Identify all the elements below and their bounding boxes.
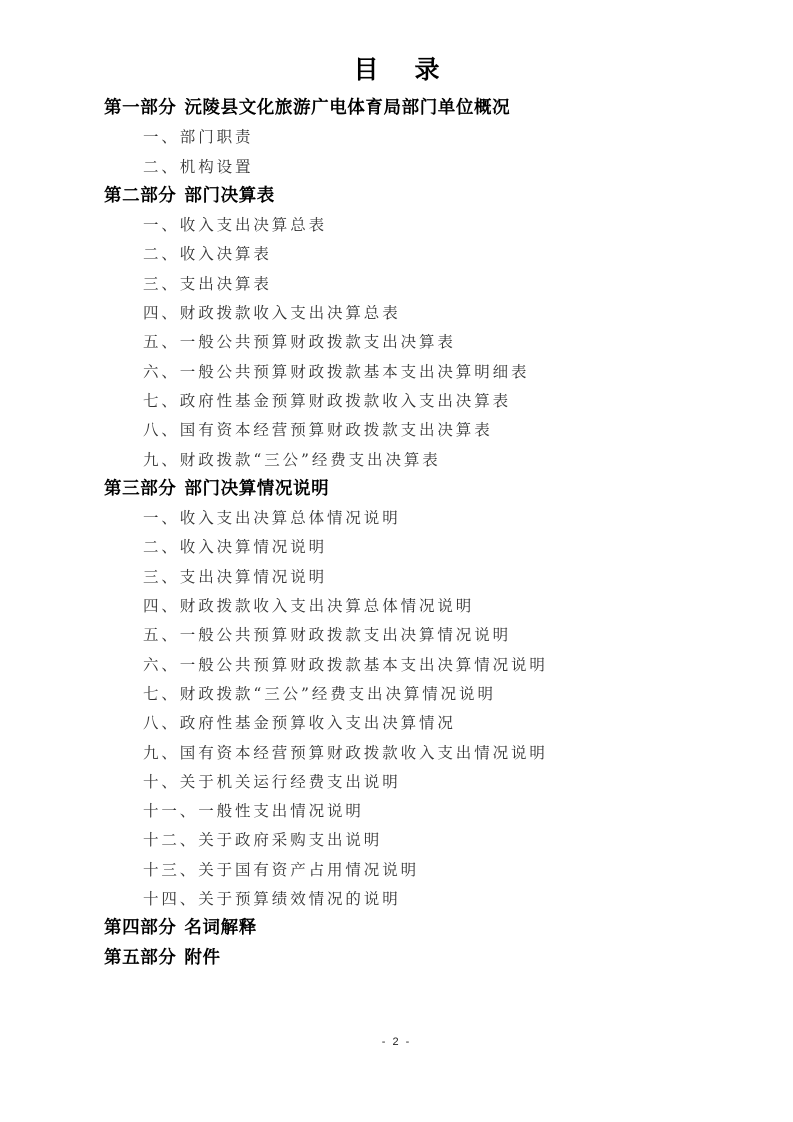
title-char: 录 xyxy=(415,54,440,86)
toc-heading-part-4[interactable]: 第四部分名词解释 xyxy=(104,914,724,943)
toc-heading-part-1[interactable]: 第一部分沅陵县文化旅游广电体育局部门单位概况 xyxy=(104,94,724,123)
toc-item[interactable]: 十二、关于政府采购支出说明 xyxy=(104,826,724,855)
page-number: - 2 - xyxy=(0,1036,793,1048)
part-name: 沅陵县文化旅游广电体育局部门单位概况 xyxy=(184,98,510,118)
toc-item[interactable]: 四、财政拨款收入支出决算总体情况说明 xyxy=(104,592,724,621)
toc-item[interactable]: 八、国有资本经营预算财政拨款支出决算表 xyxy=(104,416,724,445)
toc-item[interactable]: 五、一般公共预算财政拨款支出决算表 xyxy=(104,328,724,357)
toc-item[interactable]: 二、收入决算情况说明 xyxy=(104,533,724,562)
toc-item[interactable]: 九、财政拨款“三公”经费支出决算表 xyxy=(104,446,724,475)
toc-item[interactable]: 四、财政拨款收入支出决算总表 xyxy=(104,299,724,328)
toc-item[interactable]: 十一、一般性支出情况说明 xyxy=(104,797,724,826)
toc-item[interactable]: 十、关于机关运行经费支出说明 xyxy=(104,768,724,797)
toc-item[interactable]: 九、国有资本经营预算财政拨款收入支出情况说明 xyxy=(104,739,724,768)
toc-item[interactable]: 六、一般公共预算财政拨款基本支出决算明细表 xyxy=(104,358,724,387)
part-label: 第二部分 xyxy=(104,186,176,206)
part-label: 第三部分 xyxy=(104,479,176,499)
toc-item[interactable]: 三、支出决算情况说明 xyxy=(104,563,724,592)
table-of-contents: 第一部分沅陵县文化旅游广电体育局部门单位概况 一、部门职责 二、机构设置 第二部… xyxy=(104,94,724,973)
part-name: 附件 xyxy=(184,948,220,968)
toc-item[interactable]: 二、收入决算表 xyxy=(104,240,724,269)
part-label: 第一部分 xyxy=(104,98,176,118)
part-name: 名词解释 xyxy=(184,918,256,938)
toc-item[interactable]: 一、部门职责 xyxy=(104,123,724,152)
toc-item[interactable]: 二、机构设置 xyxy=(104,153,724,182)
part-name: 部门决算表 xyxy=(184,186,275,206)
page-title: 目录 xyxy=(0,54,793,86)
toc-heading-part-5[interactable]: 第五部分附件 xyxy=(104,944,724,973)
toc-item[interactable]: 六、一般公共预算财政拨款基本支出决算情况说明 xyxy=(104,651,724,680)
toc-item[interactable]: 八、政府性基金预算收入支出决算情况 xyxy=(104,709,724,738)
part-name: 部门决算情况说明 xyxy=(184,479,329,499)
toc-item[interactable]: 七、财政拨款“三公”经费支出决算情况说明 xyxy=(104,680,724,709)
toc-item[interactable]: 五、一般公共预算财政拨款支出决算情况说明 xyxy=(104,621,724,650)
toc-item[interactable]: 一、收入支出决算总体情况说明 xyxy=(104,504,724,533)
part-label: 第五部分 xyxy=(104,948,176,968)
toc-item[interactable]: 三、支出决算表 xyxy=(104,270,724,299)
toc-item[interactable]: 十三、关于国有资产占用情况说明 xyxy=(104,856,724,885)
part-label: 第四部分 xyxy=(104,918,176,938)
title-char: 目 xyxy=(353,54,378,86)
toc-item[interactable]: 十四、关于预算绩效情况的说明 xyxy=(104,885,724,914)
toc-item[interactable]: 一、收入支出决算总表 xyxy=(104,211,724,240)
toc-heading-part-2[interactable]: 第二部分部门决算表 xyxy=(104,182,724,211)
toc-heading-part-3[interactable]: 第三部分部门决算情况说明 xyxy=(104,475,724,504)
toc-item[interactable]: 七、政府性基金预算财政拨款收入支出决算表 xyxy=(104,387,724,416)
